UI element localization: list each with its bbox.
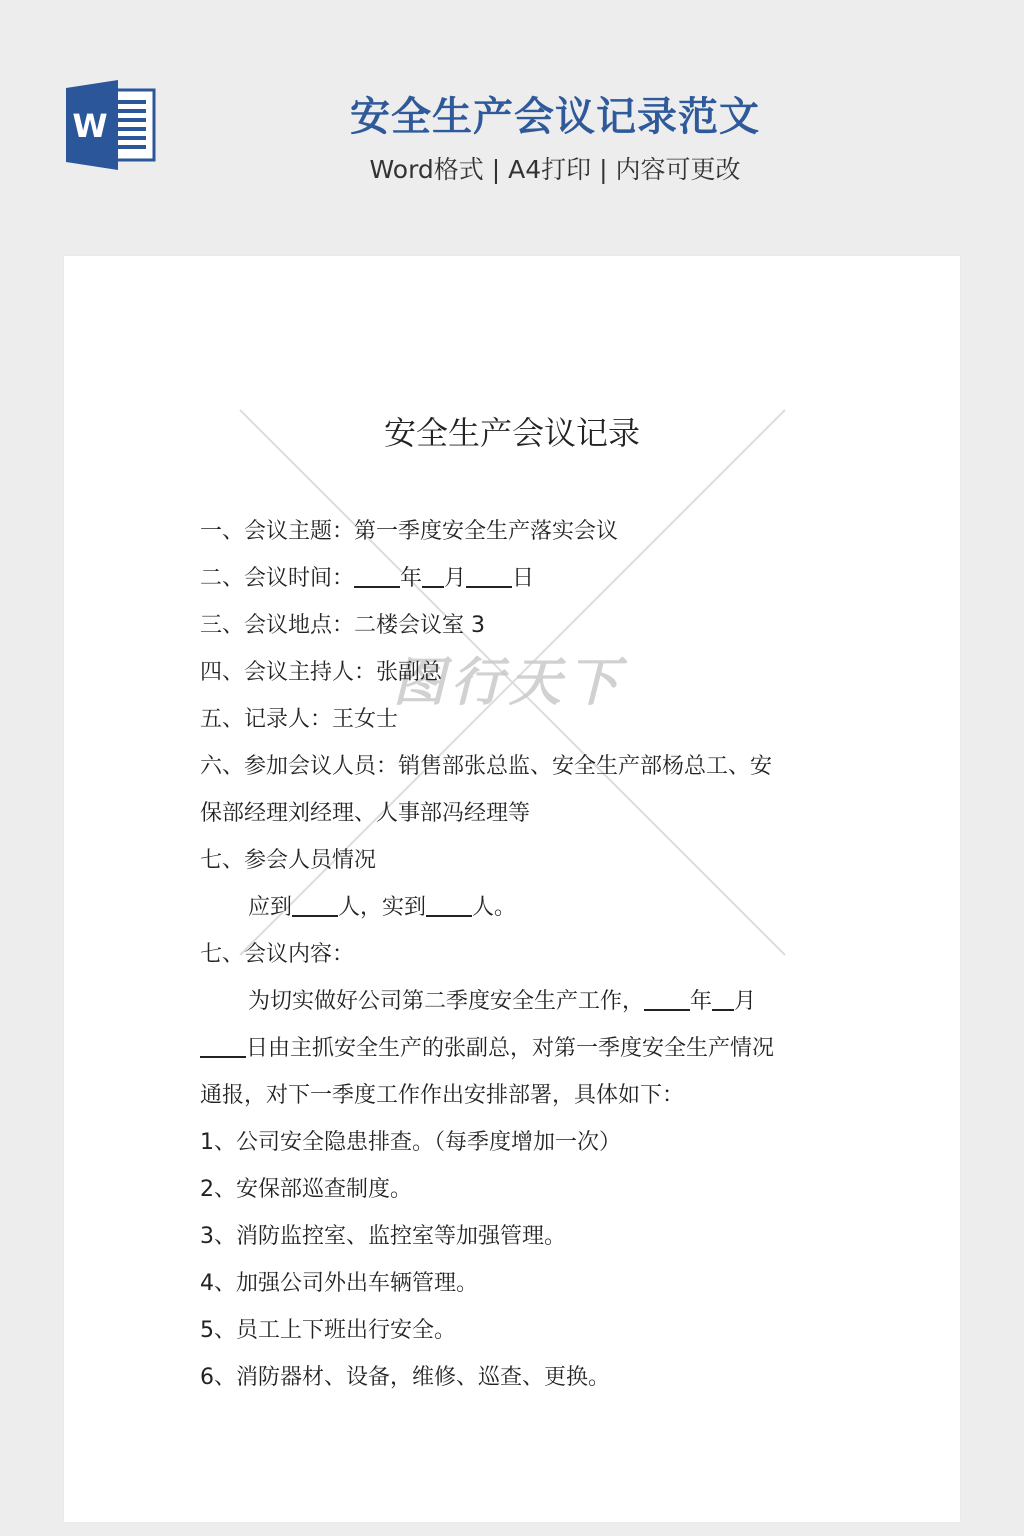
topic-label: 一、会议主题： [200,519,354,544]
content-heading: 七、会议内容： [200,931,830,978]
attendees-value-2: 保部经理刘经理、人事部冯经理等 [200,801,530,826]
svg-text:W: W [72,107,107,145]
document-page: 图行天下 安全生产会议记录 一、会议主题：第一季度安全生产落实会议 二、会议时间… [64,256,960,1522]
month-blank[interactable] [422,562,444,588]
page-subtitle: Word格式 | A4打印 | 内容可更改 [300,152,810,188]
word-document-icon: W [64,80,158,170]
attendees-value-1: 销售部张总监、安全生产部杨总工、安 [398,754,772,779]
topic-value: 第一季度安全生产落实会议 [354,519,618,544]
attendance-label: 七、参会人员情况 [200,848,376,873]
attendees-label: 六、参加会议人员： [200,754,398,779]
document-body: 一、会议主题：第一季度安全生产落实会议 二、会议时间：年月日 三、会议地点：二楼… [200,508,830,1401]
place-line: 三、会议地点：二楼会议室 3 [200,602,830,649]
year-blank[interactable] [354,562,400,588]
day-blank[interactable] [466,562,512,588]
list-item: 3、消防监控室、监控室等加强管理。 [200,1213,830,1260]
time-label: 二、会议时间： [200,566,354,591]
time-line: 二、会议时间：年月日 [200,555,830,602]
recorder-value: 王女士 [332,707,398,732]
list-item: 1、公司安全隐患排查。（每季度增加一次） [200,1119,830,1166]
content-text-3: 通报，对下一季度工作作出安排部署，具体如下： [200,1083,684,1108]
place-value: 二楼会议室 3 [354,613,485,638]
content-para-line-1: 为切实做好公司第二季度安全生产工作，年月 [200,978,830,1025]
host-line: 四、会议主持人：张副总 [200,649,830,696]
attendees-line-2: 保部经理刘经理、人事部冯经理等 [200,790,830,837]
actual-text: 人，实到 [338,895,426,920]
expected-blank[interactable] [292,891,338,917]
topic-line: 一、会议主题：第一季度安全生产落实会议 [200,508,830,555]
content-label: 七、会议内容： [200,942,354,967]
content-month-text: 月 [734,989,756,1014]
content-year-blank[interactable] [644,985,690,1011]
month-text: 月 [444,566,466,591]
list-item: 6、消防器材、设备，维修、巡查、更换。 [200,1354,830,1401]
list-item: 4、加强公司外出车辆管理。 [200,1260,830,1307]
content-para-line-2: 日由主抓安全生产的张副总，对第一季度安全生产情况 [200,1025,830,1072]
recorder-label: 五、记录人： [200,707,332,732]
attendance-end: 人。 [472,895,516,920]
content-day-blank[interactable] [200,1032,246,1058]
list-item: 2、安保部巡查制度。 [200,1166,830,1213]
place-label: 三、会议地点： [200,613,354,638]
content-year-text: 年 [690,989,712,1014]
content-month-blank[interactable] [712,985,734,1011]
actual-blank[interactable] [426,891,472,917]
host-label: 四、会议主持人： [200,660,376,685]
attendees-line-1: 六、参加会议人员：销售部张总监、安全生产部杨总工、安 [200,743,830,790]
day-text: 日 [512,566,534,591]
list-item: 5、员工上下班出行安全。 [200,1307,830,1354]
content-para-line-3: 通报，对下一季度工作作出安排部署，具体如下： [200,1072,830,1119]
header-banner: W 安全生产会议记录范文 Word格式 | A4打印 | 内容可更改 [0,0,1024,256]
content-text-1: 为切实做好公司第二季度安全生产工作， [248,989,644,1014]
attendance-line: 应到人，实到人。 [200,884,830,931]
expected-text: 应到 [248,895,292,920]
attendance-heading: 七、参会人员情况 [200,837,830,884]
host-value: 张副总 [376,660,442,685]
year-text: 年 [400,566,422,591]
page-title: 安全生产会议记录范文 [300,92,810,142]
content-text-2: 日由主抓安全生产的张副总，对第一季度安全生产情况 [246,1036,774,1061]
recorder-line: 五、记录人：王女士 [200,696,830,743]
document-title: 安全生产会议记录 [64,411,960,455]
